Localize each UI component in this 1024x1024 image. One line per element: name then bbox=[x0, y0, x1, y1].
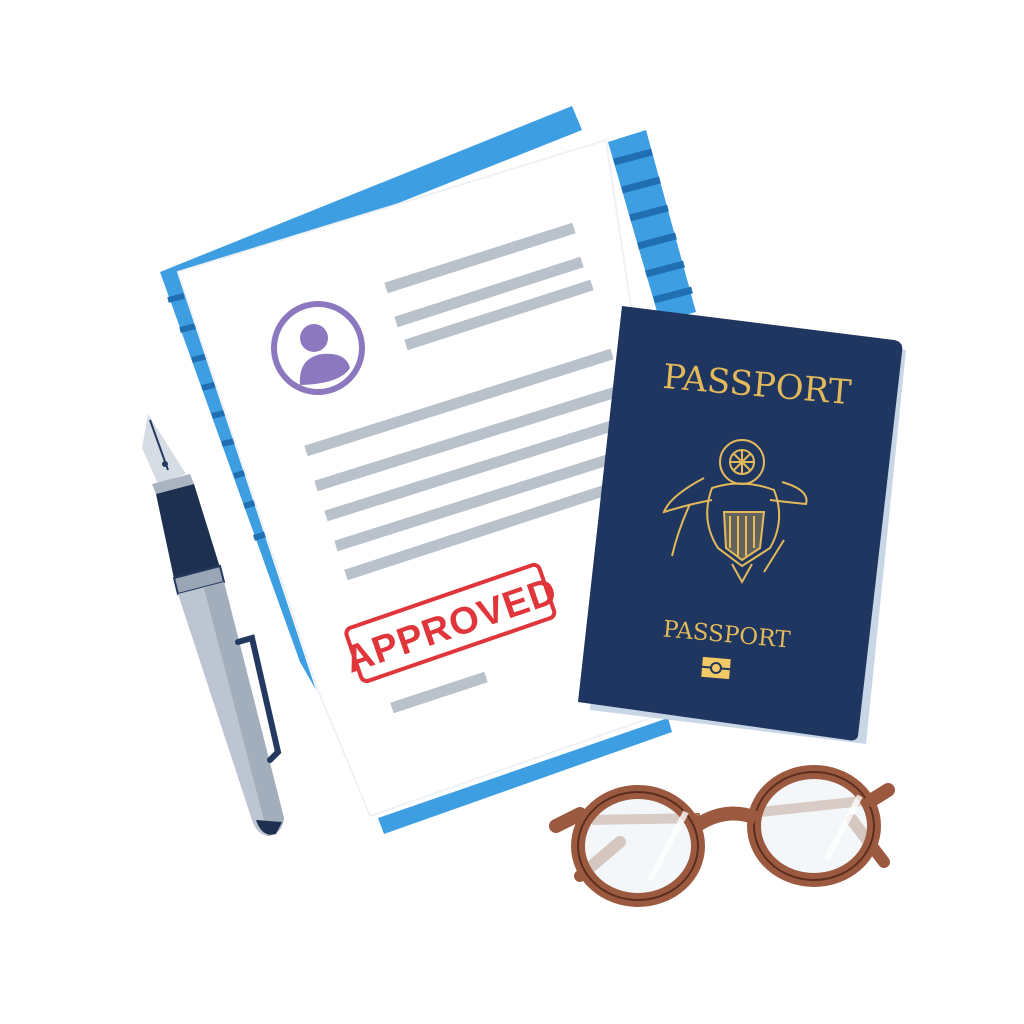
illustration-scene: APPROVED PASSPORT PASSPORT bbox=[0, 0, 1024, 1024]
passport: PASSPORT PASSPORT bbox=[578, 306, 906, 744]
user-avatar-icon bbox=[274, 304, 362, 392]
biometric-chip-icon bbox=[701, 657, 731, 679]
eyeglasses bbox=[556, 772, 888, 900]
